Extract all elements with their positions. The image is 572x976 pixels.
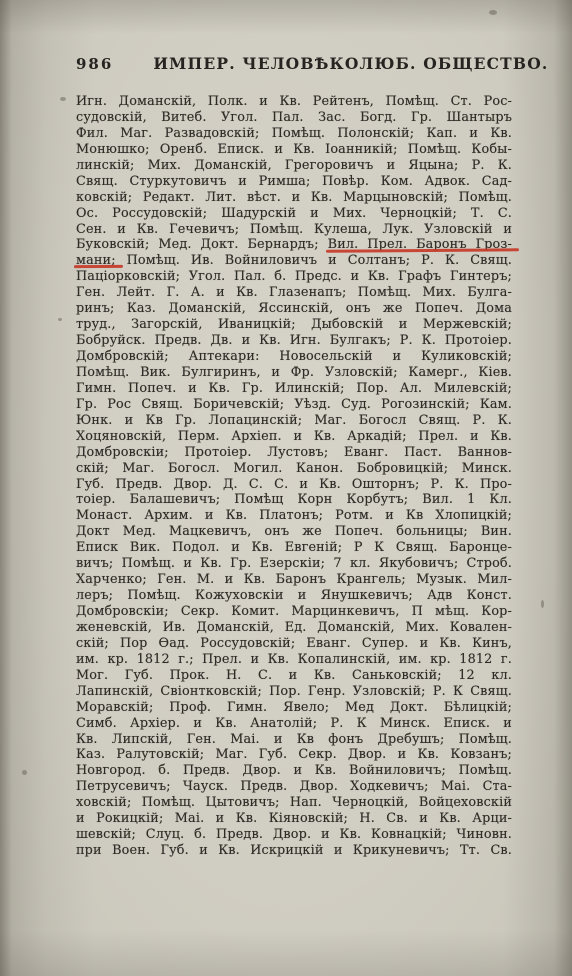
line-text: Докт Мед. Мацкевичъ, онъ же Попеч. больн… — [76, 524, 512, 539]
text-line: Бобруйск. Предв. Дв. и Кв. Игн. Булгакъ;… — [76, 333, 512, 349]
text-line: леръ; Помѣщ. Кожуховскіи и Янушкевичъ; А… — [76, 588, 512, 604]
line-text: тоіер. Балашевичъ; Помѣщ Корн Корбутъ; В… — [76, 492, 512, 507]
text-line: Мог. Губ. Прок. Н. С. и Кв. Саньковскій;… — [76, 668, 512, 684]
line-text: ковскій; Редакт. Лит. вѣст. и Кв. Марцын… — [76, 190, 512, 205]
line-text: Паціорковскій; Угол. Пал. б. Предс. и Кв… — [76, 269, 512, 284]
line-text: труд., Загорскій, Иваницкій; Дыбовскій и… — [76, 317, 512, 332]
text-line: ковскій; Редакт. Лит. вѣст. и Кв. Марцын… — [76, 190, 512, 206]
line-text: шевскій; Слуц. б. Предв. Двор. и Кв. Ков… — [76, 827, 512, 842]
text-line: Домбровскіи; Секр. Комит. Марцинкевичъ, … — [76, 604, 512, 620]
text-line: Помѣщ. Вик. Булгиринъ, и Фр. Узловскій; … — [76, 365, 512, 381]
page-header: 986 ИМПЕР. ЧЕЛОВѢКОЛЮБ. ОБЩЕСТВО. — [76, 54, 512, 73]
text-line: Еписк Вик. Подол. и Кв. Евгеній; Р К Свя… — [76, 540, 512, 556]
text-line: Гимн. Попеч. и Кв. Гр. Илинскій; Пор. Ал… — [76, 381, 512, 397]
line-text: леръ; Помѣщ. Кожуховскіи и Янушкевичъ; А… — [76, 588, 512, 603]
line-text: Новгород. б. Предв. Двор. и Кв. Войнилов… — [76, 763, 512, 778]
text-line: мани; Помѣщ. Ив. Войниловичъ и Солтанъ; … — [76, 253, 512, 269]
text-line: Буковскій; Мед. Докт. Бернардъ; Вил. Пре… — [76, 237, 512, 253]
text-line: Паціорковскій; Угол. Пал. б. Предс. и Кв… — [76, 269, 512, 285]
text-line: Лапинскій, Свіонтковскій; Пор. Генр. Узл… — [76, 684, 512, 700]
line-text: Помѣщ. Ив. Войниловичъ и Солтанъ; Р. К. … — [116, 253, 512, 268]
line-text: Домбровскіи; Секр. Комит. Марцинкевичъ, … — [76, 604, 512, 619]
line-text: женевскій, Ив. Доманскій, Ед. Доманскій,… — [76, 620, 512, 635]
line-text: при Воен. Губ. и Кв. Искрицкій и Крикуне… — [76, 843, 512, 858]
scanned-book-page: 986 ИМПЕР. ЧЕЛОВѢКОЛЮБ. ОБЩЕСТВО. Игн. Д… — [0, 0, 572, 976]
line-text: Кв. Липскій, Ген. Маі. и Кв фонъ Дребушъ… — [76, 732, 512, 747]
line-text: Игн. Доманскій, Полк. и Кв. Рейтенъ, Пом… — [76, 94, 512, 109]
line-text: скій; Маг. Богосл. Могил. Канон. Боброви… — [76, 461, 512, 476]
line-text: ринъ; Каз. Доманскій, Яссинскій, онъ же … — [76, 301, 512, 316]
red-underline-annotation: мани; — [76, 253, 116, 268]
text-line: Петрусевичъ; Чауск. Предв. Двор. Ходкеви… — [76, 779, 512, 795]
line-text: Гр. Рос Свящ. Боричевскій; Уѣзд. Суд. Ро… — [76, 397, 512, 412]
text-line: ховскій; Помѣщ. Цытовичъ; Нап. Черноцкій… — [76, 795, 512, 811]
line-text: Бобруйск. Предв. Дв. и Кв. Игн. Булгакъ;… — [76, 333, 512, 348]
text-line: Свящ. Стуркутовичъ и Римша; Повѣр. Ком. … — [76, 174, 512, 190]
text-line: Домбровскіи; Протоіер. Лустовъ; Еванг. П… — [76, 445, 512, 461]
line-text: Хоцяновскій, Перм. Архіеп. и Кв. Аркадій… — [76, 429, 512, 444]
line-text: Монюшко; Оренб. Еписк. и Кв. Іоанникій; … — [76, 142, 512, 157]
line-text: Петрусевичъ; Чауск. Предв. Двор. Ходкеви… — [76, 779, 512, 794]
text-line: Кв. Липскій, Ген. Маі. и Кв фонъ Дребушъ… — [76, 732, 512, 748]
line-text: Помѣщ. Вик. Булгиринъ, и Фр. Узловскій; … — [76, 365, 512, 380]
page-number: 986 — [76, 55, 113, 73]
line-text: Монаст. Архим. и Кв. Платонъ; Ротм. и Кв… — [76, 508, 512, 523]
text-line: скій; Пор Ѳад. Россудовскій; Еванг. Супе… — [76, 636, 512, 652]
text-block: Игн. Доманскій, Полк. и Кв. Рейтенъ, Пом… — [76, 94, 512, 859]
scan-speck — [541, 600, 544, 608]
scan-speck — [22, 770, 27, 775]
text-line: труд., Загорскій, Иваницкій; Дыбовскій и… — [76, 317, 512, 333]
text-line: Докт Мед. Мацкевичъ, онъ же Попеч. больн… — [76, 524, 512, 540]
text-line: Ос. Россудовскій; Шадурскій и Мих. Черно… — [76, 206, 512, 222]
text-line: и Рокицкій; Маі. и Кв. Кіяновскій; Н. Св… — [76, 811, 512, 827]
text-line: им. кр. 1812 г.; Прел. и Кв. Копалинскій… — [76, 652, 512, 668]
line-text: линскій; Мих. Доманскій, Грегоровичъ и Я… — [76, 158, 512, 173]
line-text: Каз. Ралутовскій; Маг. Губ. Секр. Двор. … — [76, 747, 512, 762]
text-line: Фил. Маг. Развадовскій; Помѣщ. Полонскій… — [76, 126, 512, 142]
line-text: Домбровскій; Аптекари: Новосельскій и Ку… — [76, 349, 512, 364]
red-underline-annotation: Вил. Прел. Баронъ Гроз- — [328, 237, 512, 252]
text-line: Монаст. Архим. и Кв. Платонъ; Ротм. и Кв… — [76, 508, 512, 524]
text-line: Губ. Предв. Двор. Д. С. С. и Кв. Ошторнъ… — [76, 477, 512, 493]
line-text: Свящ. Стуркутовичъ и Римша; Повѣр. Ком. … — [76, 174, 512, 189]
line-text: скій; Пор Ѳад. Россудовскій; Еванг. Супе… — [76, 636, 512, 651]
text-line: Монюшко; Оренб. Еписк. и Кв. Іоанникій; … — [76, 142, 512, 158]
text-line: ринъ; Каз. Доманскій, Яссинскій, онъ же … — [76, 301, 512, 317]
text-line: судовскій, Витеб. Угол. Пал. Зас. Богд. … — [76, 110, 512, 126]
line-text: Губ. Предв. Двор. Д. С. С. и Кв. Ошторнъ… — [76, 477, 512, 492]
text-line: Гр. Рос Свящ. Боричевскій; Уѣзд. Суд. Ро… — [76, 397, 512, 413]
line-text: Сен. и Кв. Гечевичъ; Помѣщ. Кулеша, Лук.… — [76, 222, 512, 237]
line-text: ховскій; Помѣщ. Цытовичъ; Нап. Черноцкій… — [76, 795, 512, 810]
line-text: Ген. Лейт. Г. А. и Кв. Глазенапъ; Помѣщ.… — [76, 285, 512, 300]
line-text: Гимн. Попеч. и Кв. Гр. Илинскій; Пор. Ал… — [76, 381, 512, 396]
line-text: Харченко; Ген. М. и Кв. Баронъ Крангель;… — [76, 572, 512, 587]
text-line: Каз. Ралутовскій; Маг. Губ. Секр. Двор. … — [76, 747, 512, 763]
text-line: Игн. Доманскій, Полк. и Кв. Рейтенъ, Пом… — [76, 94, 512, 110]
line-text: Лапинскій, Свіонтковскій; Пор. Генр. Узл… — [76, 684, 512, 699]
text-line: скій; Маг. Богосл. Могил. Канон. Боброви… — [76, 461, 512, 477]
line-text: Мог. Губ. Прок. Н. С. и Кв. Саньковскій;… — [76, 668, 512, 683]
line-text: им. кр. 1812 г.; Прел. и Кв. Копалинскій… — [76, 652, 512, 667]
text-line: Домбровскій; Аптекари: Новосельскій и Ку… — [76, 349, 512, 365]
text-line: Новгород. б. Предв. Двор. и Кв. Войнилов… — [76, 763, 512, 779]
text-line: тоіер. Балашевичъ; Помѣщ Корн Корбутъ; В… — [76, 492, 512, 508]
text-line: Ген. Лейт. Г. А. и Кв. Глазенапъ; Помѣщ.… — [76, 285, 512, 301]
line-text: судовскій, Витеб. Угол. Пал. Зас. Богд. … — [76, 110, 512, 125]
scan-speck — [489, 10, 497, 15]
text-line: женевскій, Ив. Доманскій, Ед. Доманскій,… — [76, 620, 512, 636]
scan-speck — [58, 318, 62, 321]
text-line: Сен. и Кв. Гечевичъ; Помѣщ. Кулеша, Лук.… — [76, 222, 512, 238]
line-text: Симб. Архіер. и Кв. Анатолій; Р. К Минск… — [76, 716, 512, 731]
text-line: Хоцяновскій, Перм. Архіеп. и Кв. Аркадій… — [76, 429, 512, 445]
text-line: Симб. Архіер. и Кв. Анатолій; Р. К Минск… — [76, 716, 512, 732]
line-text: Ос. Россудовскій; Шадурскій и Мих. Черно… — [76, 206, 512, 221]
header-title: ИМПЕР. ЧЕЛОВѢКОЛЮБ. ОБЩЕСТВО. — [153, 54, 548, 73]
line-text: Домбровскіи; Протоіер. Лустовъ; Еванг. П… — [76, 445, 512, 460]
text-line: Юнк. и Кв Гр. Лопацинскій; Маг. Богосл С… — [76, 413, 512, 429]
line-text: Юнк. и Кв Гр. Лопацинскій; Маг. Богосл С… — [76, 413, 512, 428]
line-text: и Рокицкій; Маі. и Кв. Кіяновскій; Н. Св… — [76, 811, 512, 826]
text-line: Моравскій; Проф. Гимн. Явело; Мед Докт. … — [76, 700, 512, 716]
line-text: вичъ; Помѣщ. и Кв. Гр. Езерскіи; 7 кл. Я… — [76, 556, 512, 571]
text-line: при Воен. Губ. и Кв. Искрицкій и Крикуне… — [76, 843, 512, 859]
text-line: линскій; Мих. Доманскій, Грегоровичъ и Я… — [76, 158, 512, 174]
text-line: шевскій; Слуц. б. Предв. Двор. и Кв. Ков… — [76, 827, 512, 843]
text-line: Харченко; Ген. М. и Кв. Баронъ Крангель;… — [76, 572, 512, 588]
text-line: вичъ; Помѣщ. и Кв. Гр. Езерскіи; 7 кл. Я… — [76, 556, 512, 572]
scan-speck — [60, 97, 66, 101]
line-text: Фил. Маг. Развадовскій; Помѣщ. Полонскій… — [76, 126, 512, 141]
line-text: Еписк Вик. Подол. и Кв. Евгеній; Р К Свя… — [76, 540, 512, 555]
line-text: Моравскій; Проф. Гимн. Явело; Мед Докт. … — [76, 700, 512, 715]
line-text: Буковскій; Мед. Докт. Бернардъ; — [76, 237, 328, 252]
